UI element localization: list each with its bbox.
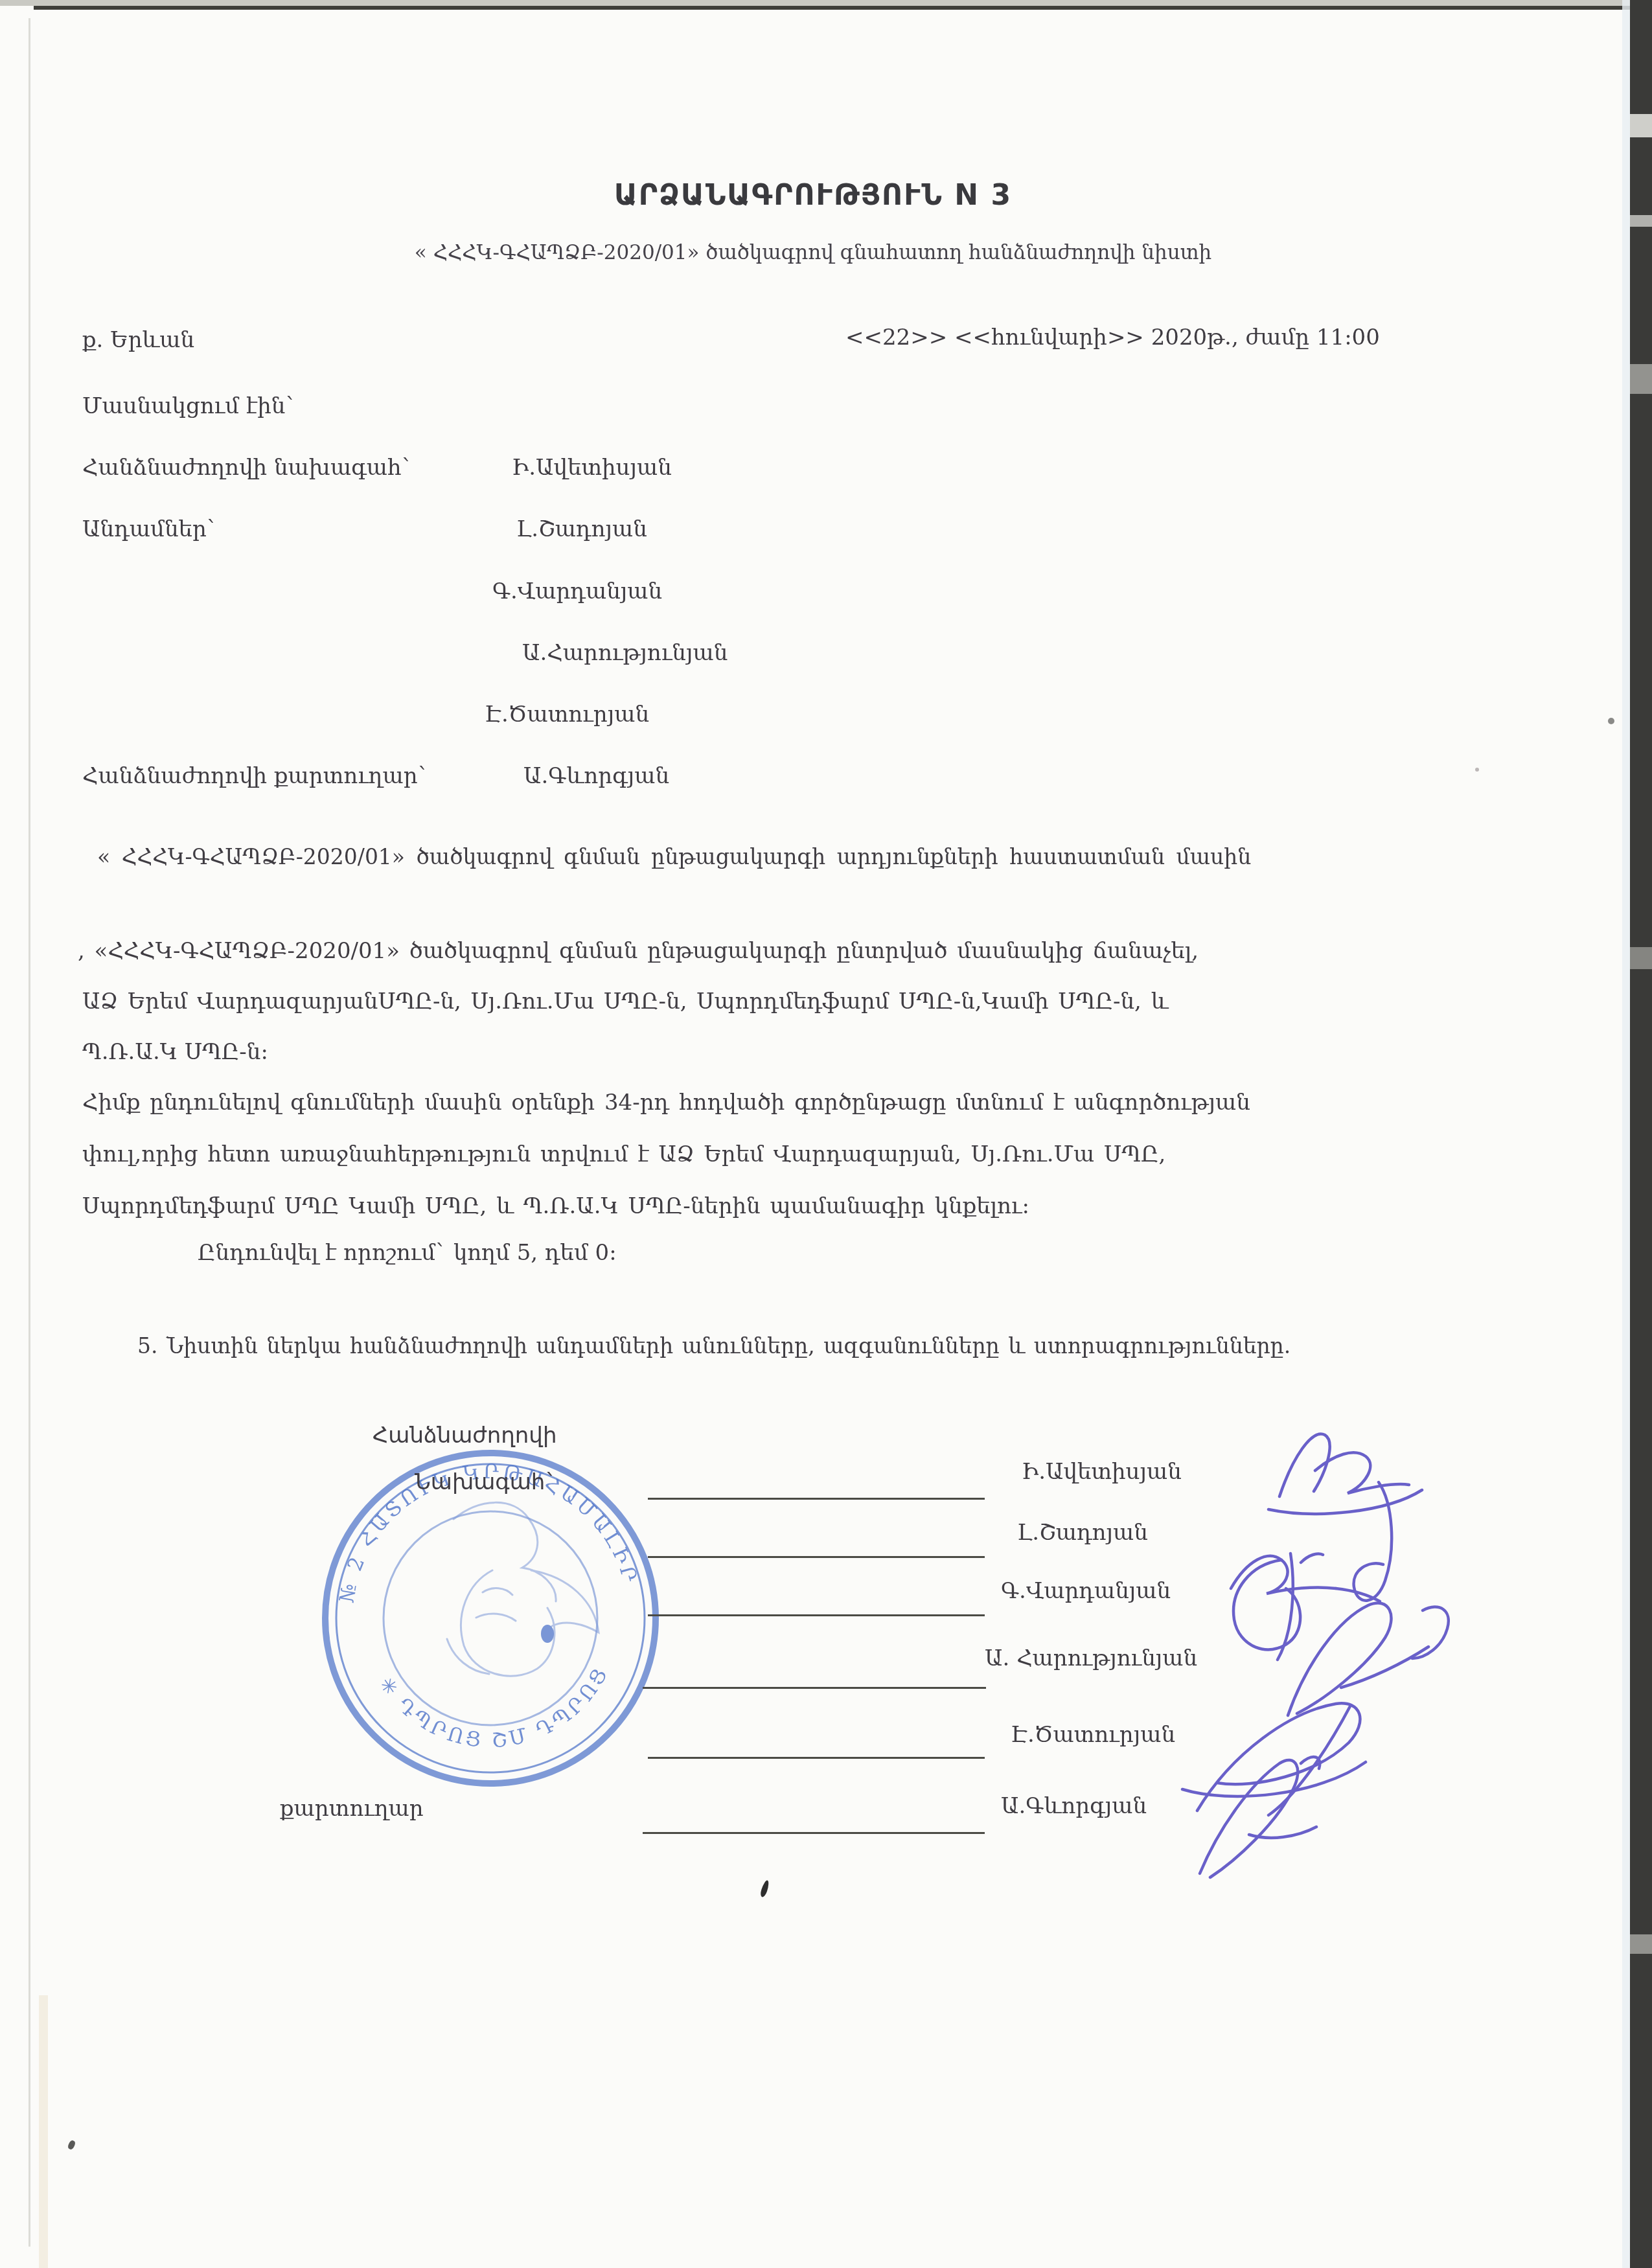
paragraph1-line1: , «ՀՀՀԿ-ԳՀԱՊՁԲ-2020/01» ծածկագրով գնման …: [78, 938, 1199, 964]
document-title: ԱՐՁԱՆԱԳՐՈՒԹՅՈՒՆ N 3: [19, 179, 1607, 212]
scan-strip-gap: [1630, 1934, 1652, 1954]
scanned-protocol-page: ԱՐՁԱՆԱԳՐՈՒԹՅՈՒՆ N 3 « ՀՀՀԿ-ԳՀԱՊՁԲ-2020/0…: [0, 0, 1652, 2268]
sig-secretary-label: քարտուղար: [280, 1796, 424, 1822]
signature-line: [648, 1556, 985, 1558]
chairman-name: Ի.Ավետիսյան: [512, 455, 672, 481]
scan-top-line: [34, 6, 1652, 10]
member-name: Լ.Շադոյան: [516, 516, 647, 542]
paper-left-edge: [29, 18, 30, 2247]
paragraph2-line2: փուլ,որից հետո առաջնահերթություն տրվում …: [82, 1141, 1165, 1167]
members-label: Անդամներ`: [82, 516, 218, 542]
handwritten-signatures: [1153, 1412, 1477, 1905]
scan-speck: [1475, 768, 1479, 772]
decision-line: Ընդունվել է որոշում` կողմ 5, դեմ 0:: [198, 1240, 617, 1266]
signature-line: [648, 1614, 985, 1616]
signature-line: [643, 1832, 985, 1834]
scan-speck: [67, 2140, 76, 2150]
handwritten-signature-shadoyan: [1231, 1482, 1392, 1601]
scan-top-edge: [0, 0, 1652, 6]
paragraph1-line2: ԱՁ Երեմ ՎարդազարյանՍՊԸ-ն, Սյ.Ռու.Մա ՍՊԸ-…: [82, 989, 1169, 1014]
scan-strip-gap: [1630, 364, 1652, 394]
scan-right-edge-glow: [1622, 0, 1630, 2268]
handwritten-signature-vardanyan: [1233, 1553, 1323, 1660]
scan-speck: [1608, 718, 1614, 724]
handwritten-signature-tsaturyan: [1182, 1703, 1366, 1815]
sig-header-chairman: Նախագահ`: [415, 1469, 556, 1495]
signature-line: [643, 1687, 986, 1689]
agenda-heading: « ՀՀՀԿ-ԳՀԱՊՁԲ-2020/01» ծածկագրով գնման ը…: [97, 844, 1251, 869]
paragraph2-line3: Սպորդմեդֆարմ ՍՊԸ Կամի ՍՊԸ, և Պ.Ռ.Ա.Կ ՍՊԸ…: [82, 1193, 1029, 1219]
stamp-ink-blob: [541, 1625, 554, 1643]
participants-intro: Մասնակցում էին`: [82, 393, 296, 419]
signer-name: Գ.Վարդանյան: [1001, 1578, 1171, 1604]
signer-name: Լ.Շադոյան: [1017, 1520, 1148, 1546]
city-label: ք. Երևան: [82, 327, 194, 353]
scan-strip-gap: [1630, 114, 1652, 137]
member-name: Ա.Հարությունյան: [522, 640, 728, 666]
document-subtitle: « ՀՀՀԿ-ԳՀԱՊՁԲ-2020/01» ծածկագրով գնահատո…: [19, 241, 1607, 264]
member-name: Է.Ծատուրյան: [485, 702, 649, 727]
ink-mark: [759, 1879, 770, 1897]
secretary-label: Հանձնաժողովի քարտուղար`: [82, 763, 429, 789]
paragraph2-line1: Հիմք ընդունելով գնումների մասին օրենքի 3…: [82, 1090, 1250, 1116]
paragraph1-line3: Պ.Ռ.Ա.Կ ՍՊԸ-ն:: [82, 1039, 268, 1065]
scan-right-edge-strip: [1630, 0, 1652, 2268]
chairman-label: Հանձնաժողովի նախագահ`: [82, 455, 413, 481]
handwritten-signature-avetisyan: [1268, 1434, 1422, 1514]
member-name: Գ.Վարդանյան: [492, 578, 662, 604]
item5-line: 5. Նիստին ներկա հանձնաժողովի անդամների ա…: [137, 1333, 1291, 1358]
signer-name: Է.Ծատուրյան: [1011, 1722, 1175, 1748]
stamp-eagle-motif: [447, 1502, 599, 1676]
signature-line: [648, 1757, 985, 1759]
scan-left-bottom-strip: [39, 1995, 48, 2268]
date-time: <<22>> <<հունվարի>> 2020թ., ժամը 11:00: [845, 325, 1380, 350]
handwritten-signature-gevorgyan: [1200, 1757, 1320, 1877]
signer-name: Ա.Գևորգյան: [1001, 1793, 1147, 1819]
handwritten-signature-harutyunyan: [1288, 1603, 1449, 1715]
scan-strip-gap: [1630, 947, 1652, 969]
scan-strip-gap: [1630, 215, 1652, 227]
signature-line: [648, 1498, 985, 1500]
sig-header-committee: Հանձնաժողովի: [373, 1423, 556, 1449]
secretary-name: Ա.Գևորգյան: [523, 763, 669, 789]
